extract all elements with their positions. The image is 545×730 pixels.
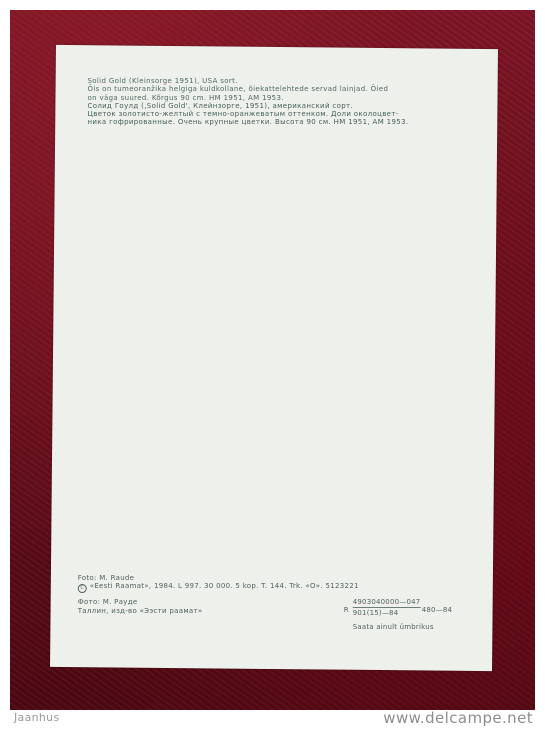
seller-watermark: Jaanhus — [14, 711, 59, 724]
site-watermark: www.delcampe.net — [383, 709, 533, 727]
flower-caption: Solid Gold (Kleinsorge 1951), USA sort. … — [87, 77, 479, 127]
envelope-note: Saata ainult ümbrikus — [353, 623, 434, 631]
copyright-icon: C — [78, 584, 87, 593]
index-prefix: R — [344, 606, 349, 614]
index-suffix: 480—84 — [422, 606, 452, 614]
index-denominator: 901(15)—84 — [353, 608, 421, 617]
photo-credit-et: Foto: M. Raude — [78, 574, 478, 582]
caption-ru-line2: ника гофрированные. Очень крупные цветки… — [87, 119, 479, 127]
caption-ru-title: Солид Гоулд (‚Solid Gold', Клейнзорге, 1… — [87, 102, 479, 110]
index-fraction: 4903040000—047 901(15)—84 — [353, 598, 421, 618]
publisher-imprint: Foto: M. Raude C«Eesti Raamat», 1984. L … — [78, 574, 478, 615]
postcard-back: Solid Gold (Kleinsorge 1951), USA sort. … — [50, 45, 498, 671]
caption-ru-line1: Цветок золотисто-желтый с темно-оранжева… — [87, 110, 479, 118]
publisher-text: «Eesti Raamat», 1984. L 997. 30 000. 5 k… — [90, 582, 359, 590]
index-numerator: 4903040000—047 — [353, 598, 421, 608]
publisher-line: C«Eesti Raamat», 1984. L 997. 30 000. 5 … — [78, 582, 478, 593]
caption-et-line2: on väga suured. Kõrgus 90 cm. HM 1951, A… — [87, 94, 479, 102]
caption-et-line1: Õis on tumeoranžika helgiga kuldkollane,… — [87, 85, 479, 93]
